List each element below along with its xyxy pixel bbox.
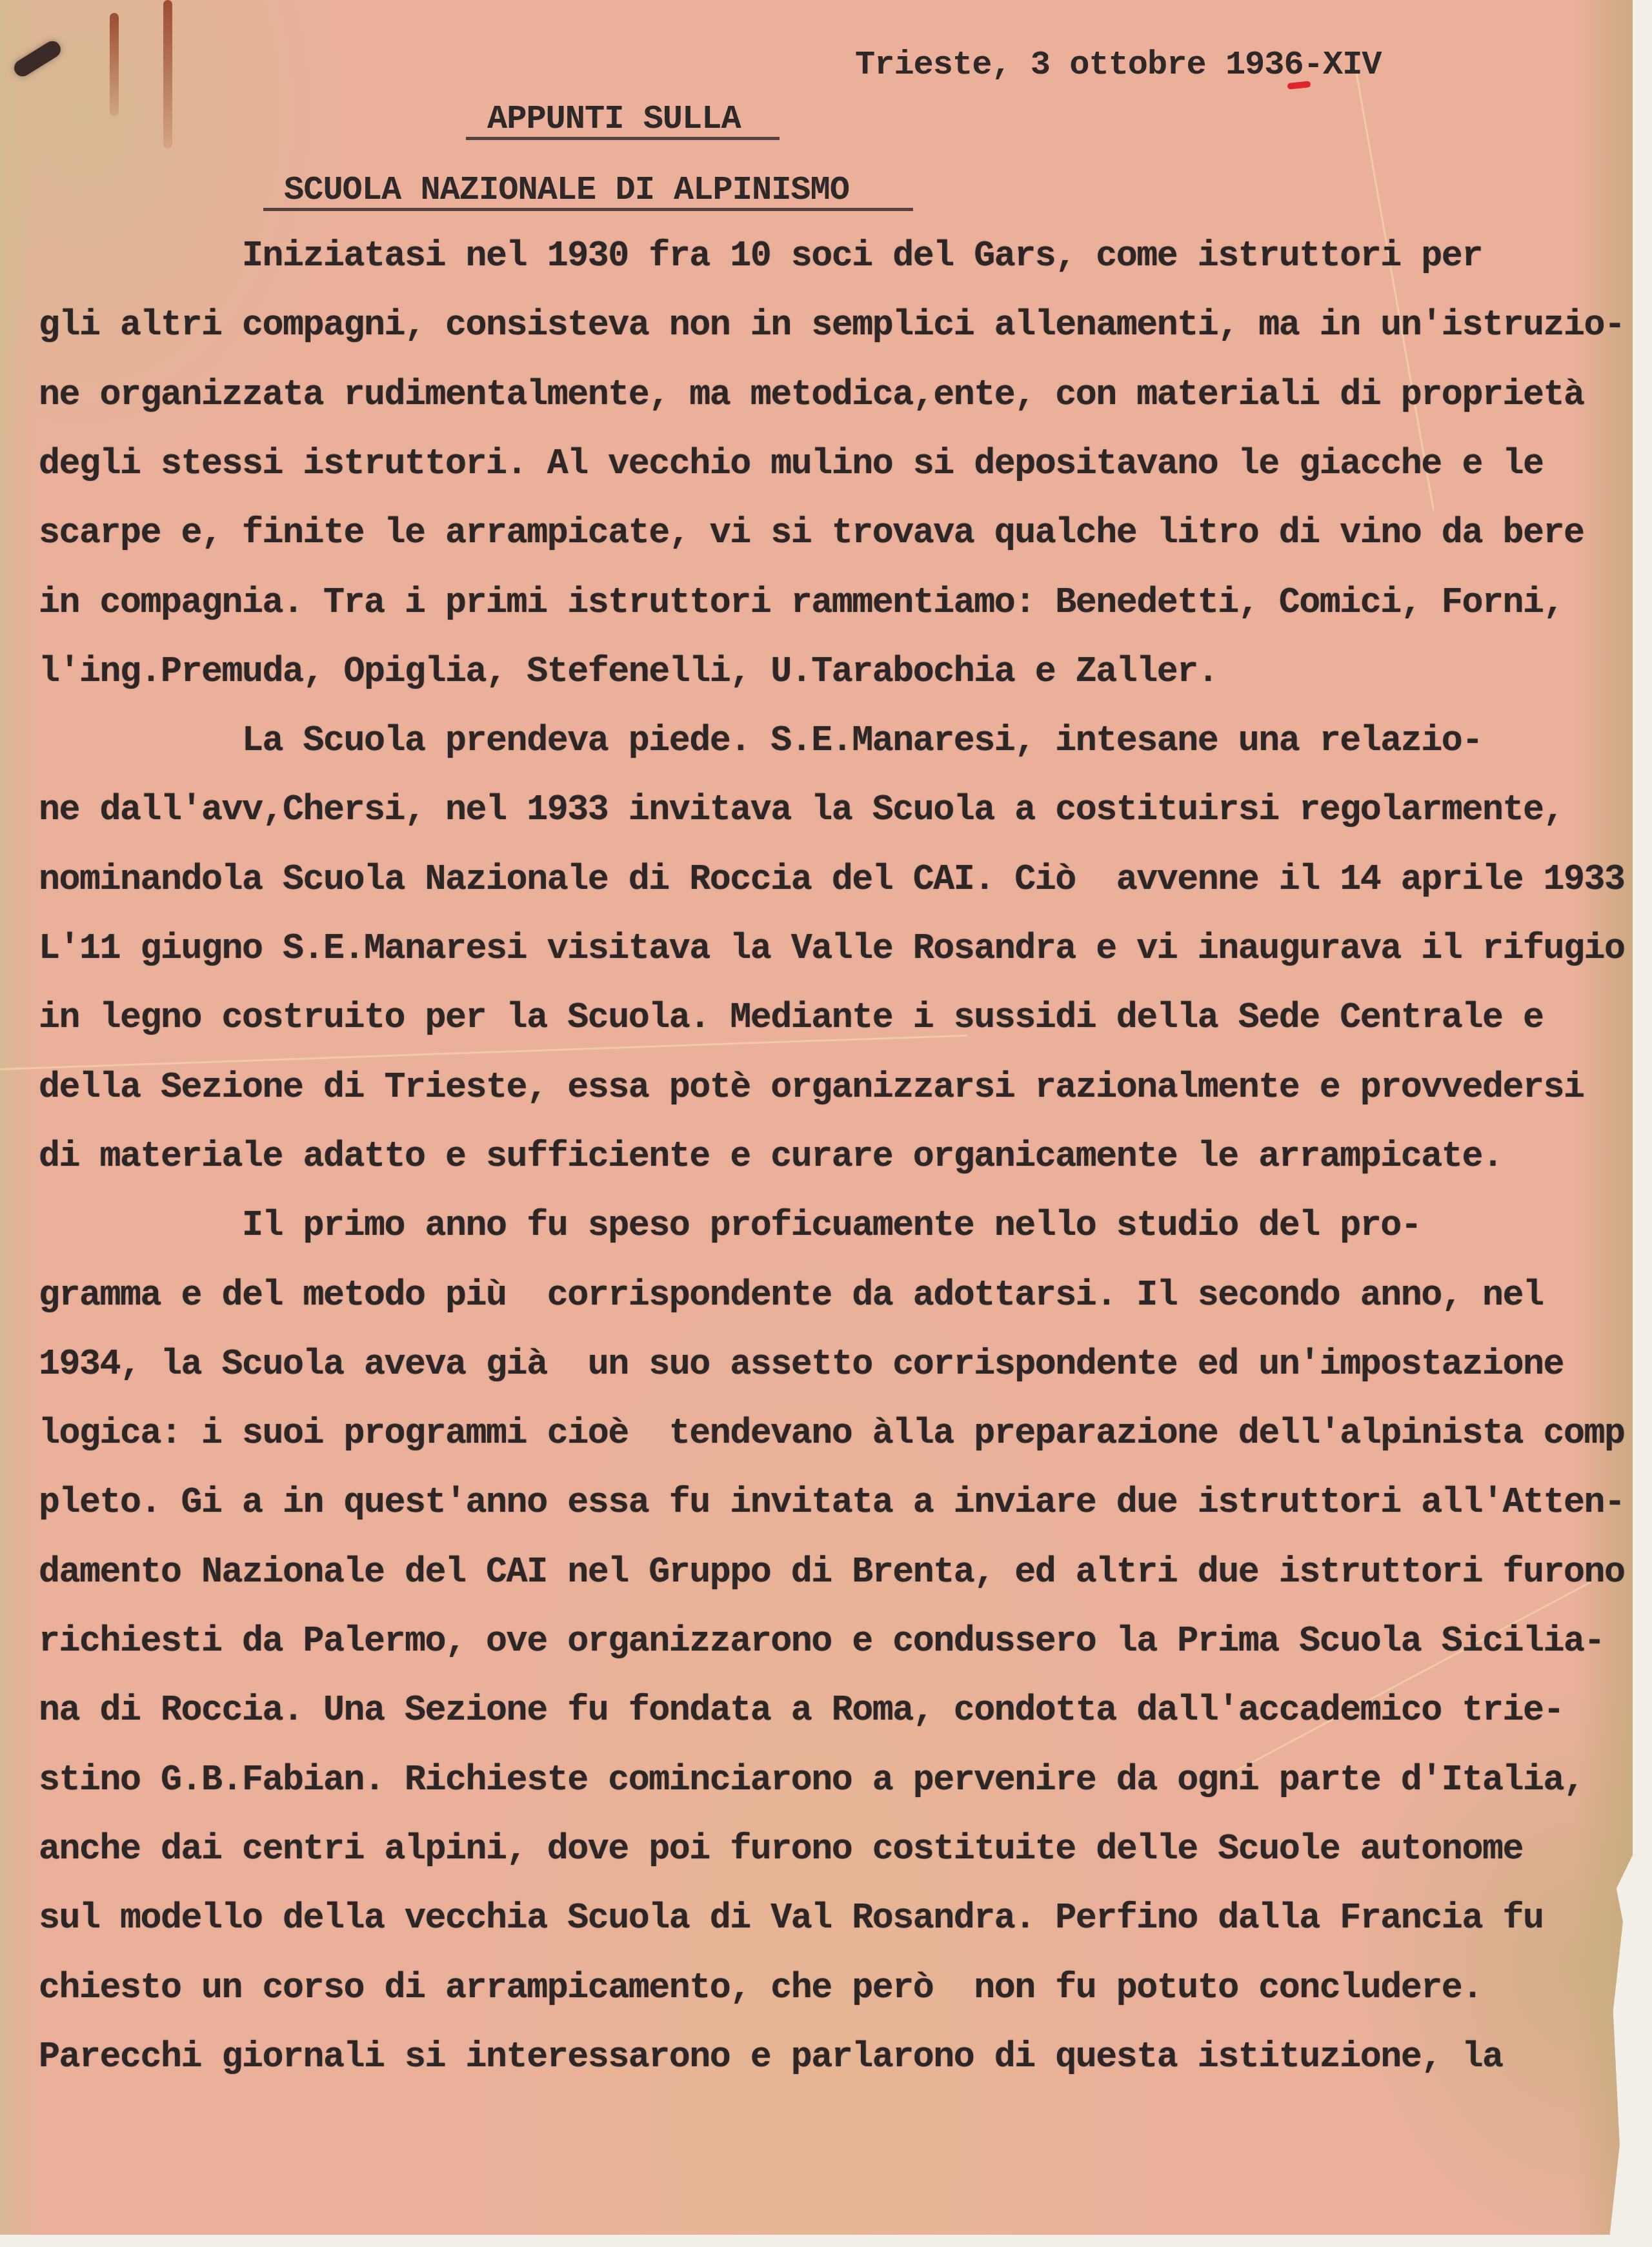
text-line: richiesti da Palermo, ove organizzarono … bbox=[39, 1619, 1604, 1664]
title-line-2: SCUOLA NAZIONALE DI ALPINISMO bbox=[284, 169, 849, 212]
text-line: anche dai centri alpini, dove poi furono… bbox=[39, 1827, 1523, 1872]
text-line: La Scuola prendeva piede. S.E.Manaresi, … bbox=[39, 718, 1482, 764]
text-line: Il primo anno fu speso proficuamente nel… bbox=[39, 1203, 1421, 1248]
text-line: na di Roccia. Una Sezione fu fondata a R… bbox=[39, 1688, 1564, 1733]
text-line: stino G.B.Fabian. Richieste cominciarono… bbox=[39, 1758, 1584, 1803]
text-line: gli altri compagni, consisteva non in se… bbox=[39, 303, 1624, 348]
text-line: degli stessi istruttori. Al vecchio muli… bbox=[39, 442, 1543, 487]
text-line: di materiale adatto e sufficiente e cura… bbox=[39, 1134, 1502, 1179]
text-line: in compagnia. Tra i primi istruttori ram… bbox=[39, 580, 1564, 625]
date-line: Trieste, 3 ottobre 1936-XIV bbox=[855, 44, 1382, 86]
text-line: L'11 giugno S.E.Manaresi visitava la Val… bbox=[39, 926, 1624, 971]
text-line: ne organizzata rudimentalmente, ma metod… bbox=[39, 372, 1584, 418]
text-line: Parecchi giornali si interessarono e par… bbox=[39, 2035, 1502, 2080]
text-line: gramma e del metodo più corrispondente d… bbox=[39, 1273, 1543, 1318]
text-line: damento Nazionale del CAI nel Gruppo di … bbox=[39, 1550, 1624, 1595]
text-line: ne dall'avv,Chersi, nel 1933 invitava la… bbox=[39, 788, 1564, 833]
text-line: 1934, la Scuola aveva già un suo assetto… bbox=[39, 1342, 1564, 1387]
text-line: Iniziatasi nel 1930 fra 10 soci del Gars… bbox=[39, 234, 1482, 279]
text-line: logica: i suoi programmi cioè tendevano … bbox=[39, 1411, 1624, 1456]
title-underline-2 bbox=[263, 208, 913, 211]
text-line: l'ing.Premuda, Opiglia, Stefenelli, U.Ta… bbox=[39, 649, 1218, 695]
text-line: in legno costruito per la Scuola. Median… bbox=[39, 995, 1543, 1041]
rust-stain bbox=[110, 13, 119, 116]
text-line: nominandola Scuola Nazionale di Roccia d… bbox=[39, 857, 1624, 902]
text-line: scarpe e, finite le arrampicate, vi si t… bbox=[39, 511, 1584, 556]
text-line: sul modello della vecchia Scuola di Val … bbox=[39, 1896, 1543, 1941]
text-line: chiesto un corso di arrampicamento, che … bbox=[39, 1966, 1482, 2011]
rust-stain bbox=[163, 0, 172, 148]
text-line: della Sezione di Trieste, essa potè orga… bbox=[39, 1065, 1584, 1110]
title-underline-1 bbox=[466, 137, 780, 140]
text-line: pleto. Gi a in quest'anno essa fu invita… bbox=[39, 1480, 1624, 1525]
title-line-1: APPUNTI SULLA bbox=[487, 98, 741, 141]
